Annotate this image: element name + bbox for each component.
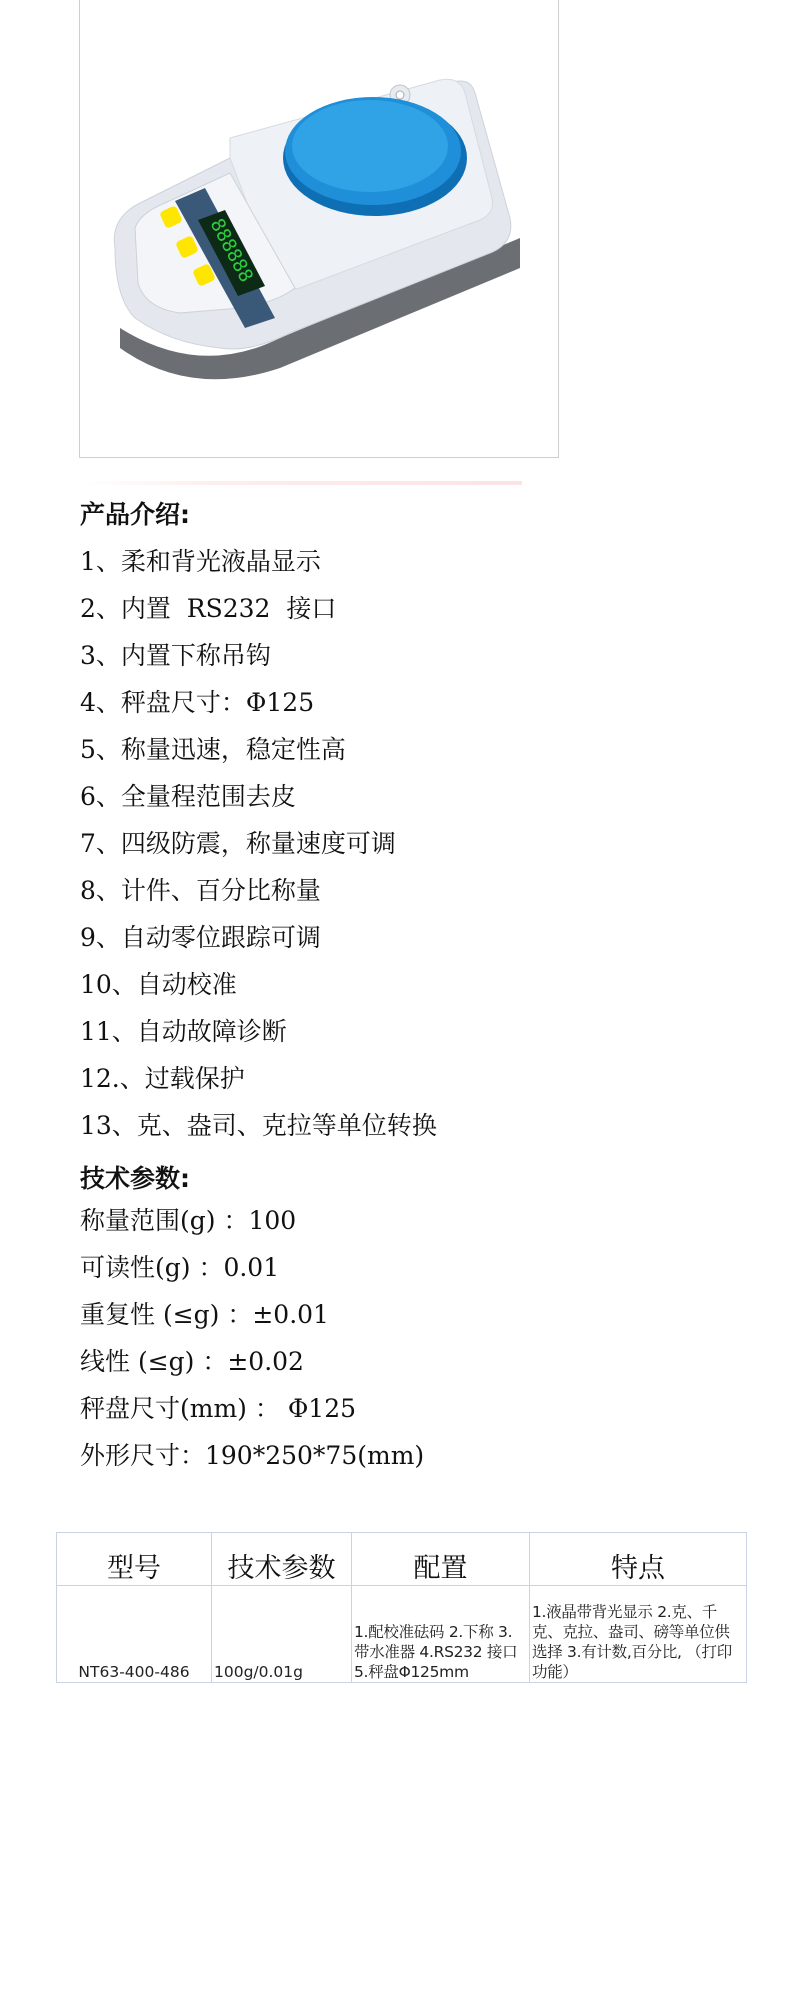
intro-item: 11、自动故障诊断 [80, 1017, 287, 1047]
intro-item: 5、称量迅速，稳定性高 [80, 735, 346, 765]
intro-heading: 产品介绍: [80, 500, 190, 530]
table-row: NT63-400-486 100g/0.01g 1.配校准砝码 2.下称 3.带… [57, 1586, 747, 1683]
section-divider [80, 481, 522, 485]
intro-item: 3、内置下称吊钩 [80, 641, 271, 671]
intro-item: 2、内置 RS232 接口 [80, 594, 336, 624]
intro-item: 1、柔和背光液晶显示 [80, 547, 321, 577]
spec-table: 型号 技术参数 配置 特点 NT63-400-486 100g/0.01g 1.… [56, 1532, 747, 1683]
spec-item: 秤盘尺寸(mm) ： Φ125 [80, 1394, 356, 1424]
intro-item: 7、四级防震，称量速度可调 [80, 829, 396, 859]
spec-item: 称量范围(g) ：100 [80, 1206, 296, 1236]
header-config: 配置 [352, 1533, 530, 1586]
spec-item: 线性 (≤g) ：±0.02 [80, 1347, 304, 1377]
balance-scale-illustration: 888888 [80, 0, 558, 457]
intro-item: 6、全量程范围去皮 [80, 782, 296, 812]
spec-item: 外形尺寸：190*250*75(mm) [80, 1441, 424, 1471]
specs-heading: 技术参数: [80, 1164, 190, 1194]
cell-config: 1.配校准砝码 2.下称 3.带水准器 4.RS232 接口 5.秤盘Φ125m… [352, 1586, 530, 1683]
table-header-row: 型号 技术参数 配置 特点 [57, 1533, 747, 1586]
intro-item: 12.、过载保护 [80, 1064, 245, 1094]
product-image: 888888 [79, 0, 559, 458]
header-model: 型号 [57, 1533, 212, 1586]
cell-features: 1.液晶带背光显示 2.克、千克、克拉、盎司、磅等单位供选择 3.有计数,百分比… [530, 1586, 747, 1683]
header-params: 技术参数 [212, 1533, 352, 1586]
cell-model: NT63-400-486 [57, 1586, 212, 1683]
intro-item: 10、自动校准 [80, 970, 237, 1000]
intro-item: 13、克、盎司、克拉等单位转换 [80, 1111, 437, 1141]
spec-item: 重复性 (≤g) ：±0.01 [80, 1300, 329, 1330]
cell-params: 100g/0.01g [212, 1586, 352, 1683]
spec-item: 可读性(g) ：0.01 [80, 1253, 279, 1283]
intro-item: 9、自动零位跟踪可调 [80, 923, 321, 953]
intro-item: 8、计件、百分比称量 [80, 876, 321, 906]
intro-item: 4、秤盘尺寸：Φ125 [80, 688, 314, 718]
header-features: 特点 [530, 1533, 747, 1586]
